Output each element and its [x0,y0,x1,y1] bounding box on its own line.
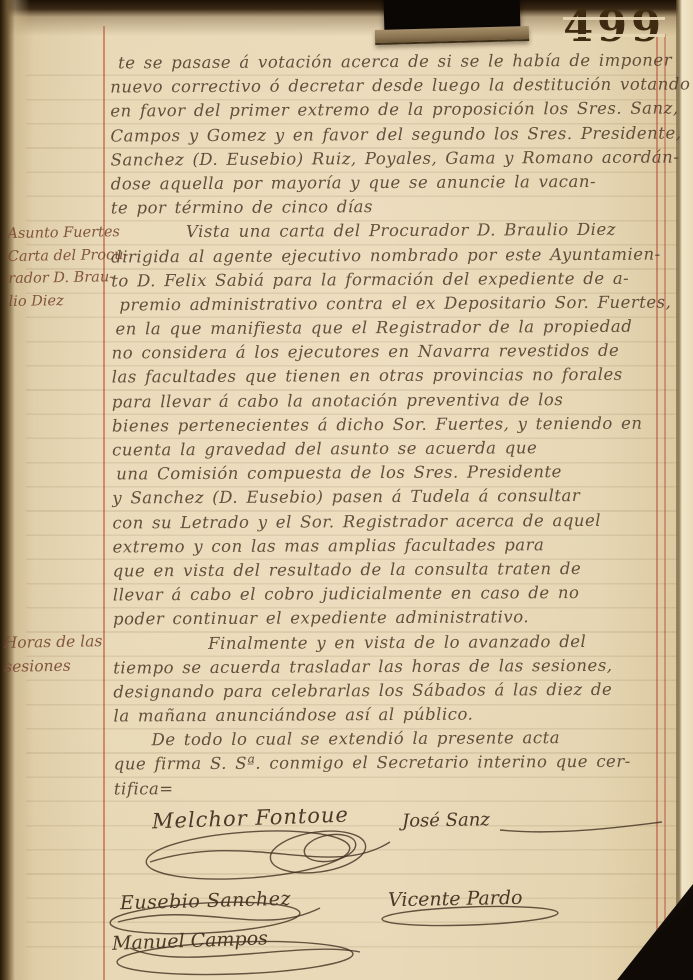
margin-note-line: sesiones [4,653,103,679]
text-line: premio administrativo contra el ex Depos… [111,290,667,317]
folio-number-text: 499 [563,2,665,52]
text-line: Finalmente y en vista de lo avanzado del [113,629,669,656]
text-line: Campos y Gomez y en favor del segundo lo… [110,121,666,148]
body-text: te se pasase á votación acerca de si se … [110,49,670,802]
text-line: en favor del primer extremo de la propos… [110,97,666,124]
text-line: bienes pertenecientes á dicho Sor. Fuert… [112,411,668,438]
text-line: extremo y con las mas amplias facultades… [113,532,669,559]
text-line: para llevar á cabo la anotación preventi… [112,387,668,414]
text-line: en la que manifiesta que el Registrador … [111,315,667,342]
text-line: tifica= [114,774,670,801]
text-line: Vista una carta del Procurador D. Brauli… [111,218,667,245]
text-line: Sanchez (D. Eusebio) Ruiz, Poyales, Gama… [111,145,667,172]
text-line: te se pasase á votación acerca de si se … [110,49,666,76]
text-line: no considera á los ejecutores en Navarra… [112,339,668,366]
left-margin-rule [103,26,105,980]
signature-vicente-pardo: Vicente Pardo [388,887,523,911]
signature-eusebio-sanchez: Eusebio Sanchez [120,888,292,914]
text-line: dose aquella por mayoría y que se anunci… [111,169,667,196]
signature-jose-sanz: José Sanz [402,809,490,832]
book-binding-edge [0,0,30,980]
folio-number: 499 [563,4,665,50]
text-line: y Sanchez (D. Eusebio) pasen á Tudela á … [112,484,668,511]
text-line: llevar á cabo el cobro judicialmente en … [113,581,669,608]
text-line: dirigida al agente ejecutivo nombrado po… [111,242,667,269]
text-line: la mañana anunciándose así al público. [113,702,669,729]
text-line: to D. Felix Sabiá para la formación del … [111,266,667,293]
text-line: las facultades que tienen en otras provi… [112,363,668,390]
text-line: poder continuar el expediente administra… [113,605,669,632]
text-line: cuenta la gravedad del asunto se acuerda… [112,436,668,463]
text-line: designando para celebrarlas los Sábados … [113,677,669,704]
manuscript-photo: 499 Asunto FuertesCarta del Procu-rador … [0,0,693,980]
text-line: que en vista del resultado de la consult… [113,556,669,583]
text-line: nuevo correctivo ó decretar desde luego … [110,73,666,100]
text-line: tiempo se acuerda trasladar las horas de… [113,653,669,680]
text-line: con su Letrado y el Sor. Registrador ace… [112,508,668,535]
margin-note-horas-sesiones: Horas de lassesiones [4,629,103,679]
text-line: que firma S. Sª. conmigo el Secretario i… [114,750,670,777]
text-line: te por término de cinco días [111,194,667,221]
text-line: De todo lo cual se extendió la presente … [114,726,670,753]
text-line: una Comisión compuesta de los Sres. Pres… [112,460,668,487]
margin-note-line: Horas de las [4,629,103,655]
